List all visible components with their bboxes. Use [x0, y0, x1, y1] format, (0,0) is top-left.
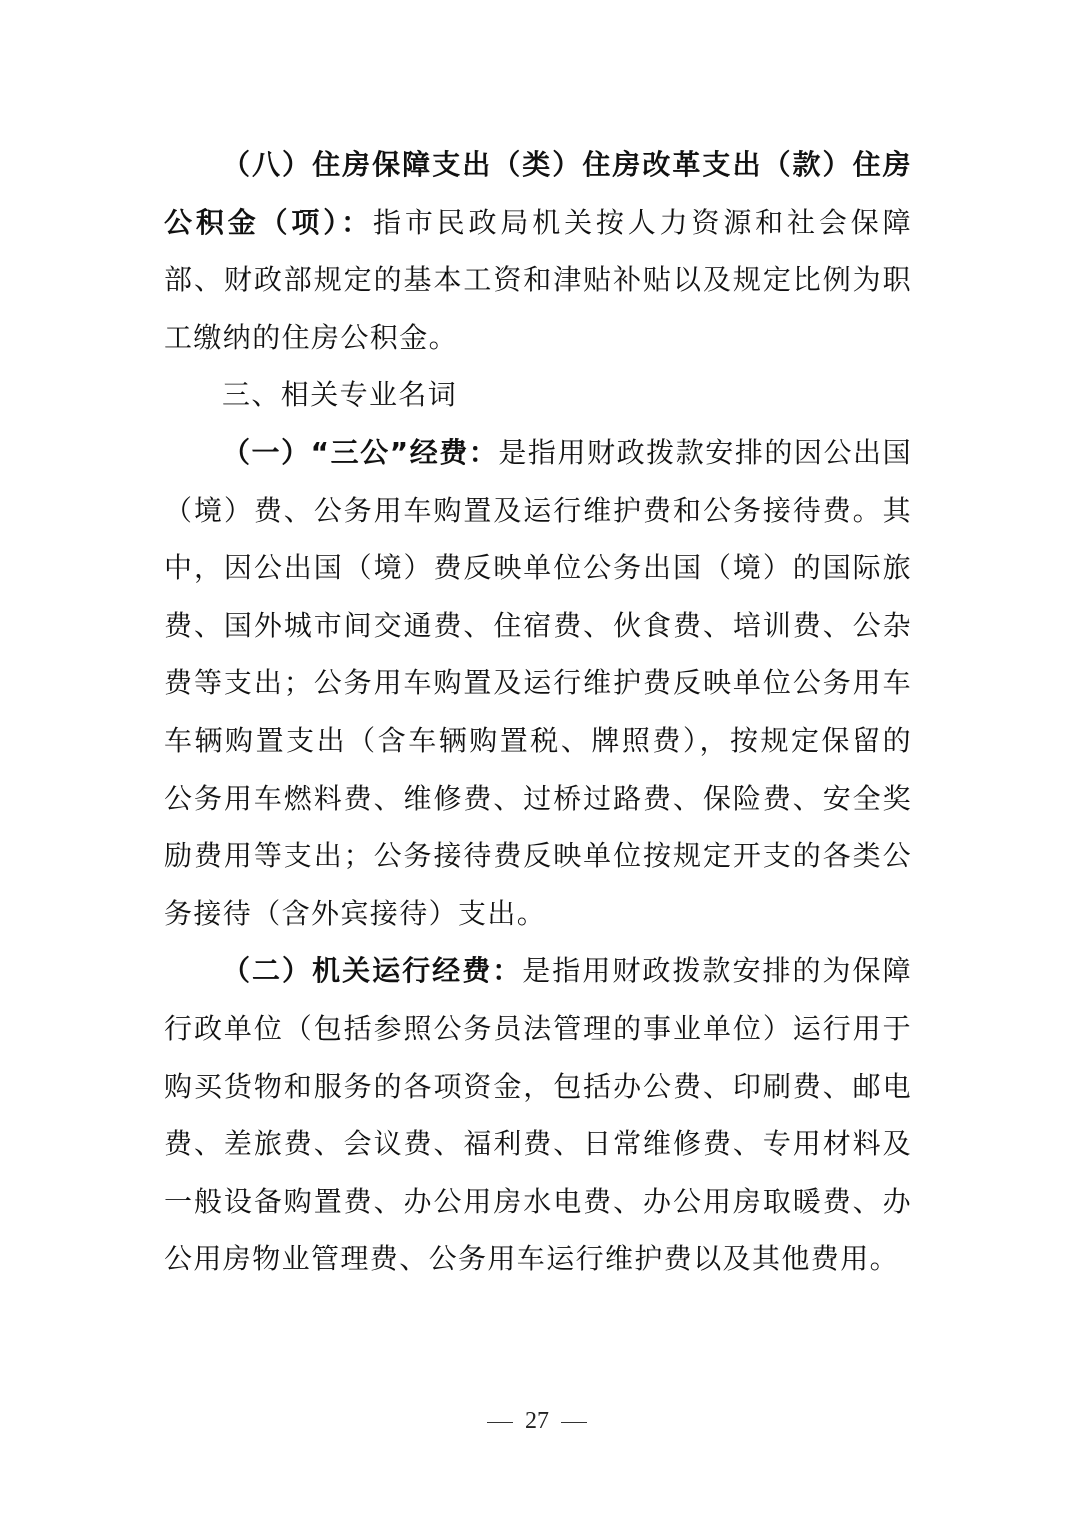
term-text: 是指用财政拨款安排的因公出国（境）费、公务用车购置及运行维护费和公务接待费。其中… [164, 436, 912, 930]
term-text: 是指用财政拨款安排的为保障行政单位（包括参照公务员法管理的事业单位）运行用于购买… [164, 954, 912, 1275]
footer-dash-left [487, 1422, 513, 1424]
term-lead: （一）“三公”经费： [222, 436, 498, 469]
page-footer: 27 [0, 1408, 1074, 1435]
paragraph-housing-fund: （八）住房保障支出（类）住房改革支出（款）住房公积金（项）：指市民政局机关按人力… [164, 136, 912, 366]
term-lead: （二）机关运行经费： [222, 954, 522, 987]
term-three-public-expenses: （一）“三公”经费：是指用财政拨款安排的因公出国（境）费、公务用车购置及运行维护… [164, 424, 912, 942]
section-heading: 三、相关专业名词 [164, 366, 912, 424]
term-agency-operating-expenses: （二）机关运行经费：是指用财政拨款安排的为保障行政单位（包括参照公务员法管理的事… [164, 942, 912, 1288]
footer-dash-right [561, 1422, 587, 1424]
page-number: 27 [525, 1408, 549, 1434]
document-page: （八）住房保障支出（类）住房改革支出（款）住房公积金（项）：指市民政局机关按人力… [0, 0, 1074, 1520]
document-body: （八）住房保障支出（类）住房改革支出（款）住房公积金（项）：指市民政局机关按人力… [164, 136, 912, 1288]
